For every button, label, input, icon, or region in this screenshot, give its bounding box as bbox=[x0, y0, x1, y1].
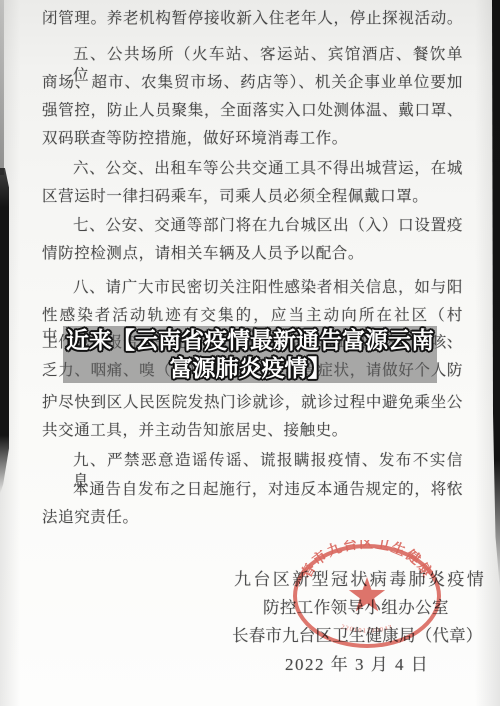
official-seal-stamp: 长春市九台区卫生健康局 220101200043 bbox=[288, 540, 446, 654]
document-line-1: 闭管理。养老机构暂停接收新入住老年人，停止探视活动。 bbox=[42, 8, 463, 29]
document-line-5: 双码联查等防控措施，做好环境消毒工作。 bbox=[42, 128, 463, 149]
overlay-caption-line-2: 富源肺炎疫情】 bbox=[170, 355, 331, 383]
document-line-4: 强管控，防止人员聚集，全面落实入口处测体温、戴口罩、 bbox=[42, 100, 463, 121]
document-line-14: 护尽快到区人民医院发热门诊就诊，就诊过程中避免乘坐公 bbox=[42, 392, 463, 413]
document-line-18: 法追究责任。 bbox=[42, 507, 463, 528]
document-line-10: 八、请广大市民密切关注阳性感染者相关信息，如与阳 bbox=[42, 277, 463, 298]
document-line-17: 本通告自发布之日起施行，对违反本通告规定的，将依 bbox=[42, 479, 463, 500]
document-line-15: 共交通工具，并主动告知旅居史、接触史。 bbox=[42, 420, 463, 441]
seal-ring-text: 长春市九台区卫生健康局 bbox=[288, 540, 436, 581]
document-line-8: 七、公安、交通等部门将在九台城区出（入）口设置疫 bbox=[42, 215, 463, 236]
document-line-9: 情防控检测点，请相关车辆及人员予以配合。 bbox=[42, 243, 463, 264]
document-line-3: 商场、超市、农集贸市场、药店等）、机关企事业单位要加 bbox=[42, 72, 463, 93]
document-line-7: 区营运时一律扫码乘车，司乘人员必须全程佩戴口罩。 bbox=[42, 186, 463, 207]
document-line-6: 六、公交、出租车等公共交通工具不得出城营运，在城 bbox=[42, 158, 463, 179]
overlay-caption: 近来【云南省疫情最新通告富源云南 富源肺炎疫情】 bbox=[63, 326, 437, 383]
seal-code: 220101200043 bbox=[340, 624, 394, 635]
notice-photo: 闭管理。养老机构暂停接收新入住老年人，停止探视活动。五、公共场所（火车站、客运站… bbox=[0, 0, 500, 706]
seal-star-icon bbox=[349, 577, 385, 611]
overlay-caption-line-1: 近来【云南省疫情最新通告富源云南 bbox=[66, 327, 434, 355]
